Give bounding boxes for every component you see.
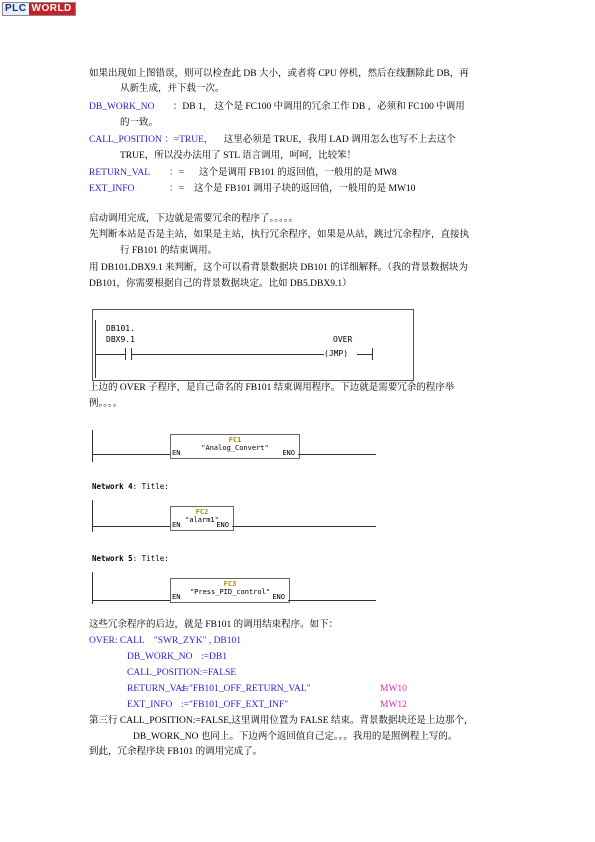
fc3-en: EN — [172, 593, 180, 601]
rung-wire — [95, 354, 125, 355]
rung-wire — [232, 526, 376, 527]
paragraph-6: 启动调用完成，下边就是需要冗余的程序了。。。。。 — [89, 213, 298, 225]
fc1-block: FC1 "Analog_Convert" EN ENO — [170, 434, 300, 459]
power-rail — [92, 500, 93, 532]
call-position-line-2: TRUE，所以没办法用了 STL 语言调用，呵呵，比较笨！ — [120, 150, 356, 162]
db-work-no-line: DB_WORK_NO ：DB 1， 这个是 FC100 中调用的冗余工作 DB … — [89, 101, 465, 113]
fc1-symbol: "Analog_Convert" — [171, 444, 299, 452]
code-line-call-position: CALL_POSITION:=FALSE — [127, 667, 236, 679]
code-db-work-no-key: DB_WORK_NO — [127, 651, 201, 663]
fc1-en: EN — [172, 449, 180, 457]
paragraph-1-line-2: 从新生成，并下载一次。 — [120, 83, 225, 95]
code-ext-info-key: EXT_INFO — [127, 699, 181, 711]
paragraph-12: 到此，冗余程序块 FB101 的调用完成了。 — [89, 746, 262, 758]
code-return-val-val: :="FB101_OFF_RETURN_VAL" — [181, 683, 380, 695]
param-call-position: CALL_POSITION ：=TRUE， — [89, 135, 213, 145]
fc2-eno: ENO — [216, 521, 229, 529]
network-4-title: Network 4: Title: — [92, 482, 169, 491]
rung-wire — [288, 600, 376, 601]
code-line-return-val: RETURN_VAL:="FB101_OFF_RETURN_VAL"MW10 — [127, 683, 407, 695]
code-line-db-work-no: DB_WORK_NO:=DB1 — [127, 651, 227, 663]
logo-plc: PLC — [3, 3, 29, 15]
paragraph-8-line-2: DB101，你需要根据自己的背景数据块定。比如 DB5.DBX9.1） — [89, 278, 352, 290]
return-val-desc: 这个是调用 FB101 的返回值，一般用的是 MW8 — [199, 168, 397, 178]
contact-left-icon — [125, 348, 126, 360]
power-rail — [95, 320, 96, 378]
param-ext-info: EXT_INFO — [89, 183, 169, 195]
db-work-no-line-2: 的一致。 — [120, 117, 158, 129]
rung-wire — [298, 454, 376, 455]
paragraph-11-line-1: 第三行 CALL_POSITION:=FALSE,这里调用位置为 FALSE 结… — [89, 715, 474, 727]
db-work-no-desc: ：DB 1， 这个是 FC100 中调用的冗余工作 DB ，必须和 FC100 … — [173, 102, 465, 112]
fc1-eno: ENO — [282, 449, 295, 457]
fc2-block: FC2 "alarm1" EN ENO — [170, 506, 234, 531]
code-db-work-no-val: :=DB1 — [201, 652, 227, 662]
paragraph-7-line-1: 先判断本站是否是主站，如果是主站，执行冗余程序，如果是从站，跳过冗余程序，直接执 — [89, 229, 469, 241]
jmp-coil-icon: (JMP) — [324, 349, 348, 358]
param-return-val: RETURN_VAL — [89, 167, 169, 179]
param-db-work-no: DB_WORK_NO — [89, 102, 154, 112]
network-4-title-text: : Title: — [133, 482, 169, 491]
rung-wire — [131, 354, 324, 355]
rung-wire — [92, 454, 170, 455]
code-ext-info-val: :="FB101_OFF_EXT_INF" — [181, 699, 380, 711]
fc3-name: FC3 — [171, 580, 289, 588]
ladder-diagram-jmp: DB101. DBX9.1 OVER (JMP) — [92, 309, 414, 381]
fc3-block: FC3 "Press_PID_control" EN ENO — [170, 578, 290, 603]
paragraph-10: 这些冗余程序的后边，就是 FB101 的调用结束程序。如下： — [89, 619, 338, 631]
paragraph-9-line-1: 上边的 OVER 子程序，是自己命名的 FB101 结束调用程序。下边就是需要冗… — [89, 382, 454, 394]
contact-address-2: DBX9.1 — [106, 335, 135, 344]
fc2-en: EN — [172, 521, 180, 529]
ext-info-desc: 这个是 FB101 调用子块的返回值，一般用的是 MW10 — [194, 184, 415, 194]
rung-wire — [92, 600, 170, 601]
rung-end — [372, 348, 373, 360]
rung-wire — [92, 526, 170, 527]
paragraph-1-line-1: 如果出现如上图错误，则可以检查此 DB 大小，或者将 CPU 停机，然后在线删除… — [89, 68, 469, 80]
call-position-line: CALL_POSITION ：=TRUE， 这里必须是 TRUE，我用 LAD … — [89, 134, 456, 146]
code-ext-info-note: MW12 — [380, 700, 407, 710]
network-5-title-text: : Title: — [133, 554, 169, 563]
network-5-title: Network 5: Title: — [92, 554, 169, 563]
paragraph-9-line-2: 例。。。。 — [89, 398, 122, 410]
logo-world: WORLD — [29, 3, 75, 15]
ext-info-sep: ：= — [169, 183, 194, 195]
paragraph-8-line-1: 用 DB101.DBX9.1 来判断，这个可以看背景数据块 DB101 的详细解… — [89, 262, 468, 274]
code-line-ext-info: EXT_INFO:="FB101_OFF_EXT_INF"MW12 — [127, 699, 407, 711]
fc1-name: FC1 — [171, 436, 299, 444]
fc3-eno: ENO — [272, 593, 285, 601]
code-return-val-note: MW10 — [380, 684, 407, 694]
power-rail — [92, 430, 93, 462]
return-val-line: RETURN_VAL：=这个是调用 FB101 的返回值，一般用的是 MW8 — [89, 167, 397, 179]
rung-wire — [357, 354, 372, 355]
paragraph-7-line-2: 行 FB101 的结束调用。 — [120, 245, 217, 257]
code-line-call: OVER: CALL "SWR_ZYK" , DB101 — [89, 635, 241, 647]
plcworld-logo: PLC WORLD — [2, 2, 76, 16]
ext-info-line: EXT_INFO：=这个是 FB101 调用子块的返回值，一般用的是 MW10 — [89, 183, 415, 195]
call-position-desc: 这里必须是 TRUE，我用 LAD 调用怎么也写不上去这个 — [224, 135, 456, 145]
paragraph-11-line-2: DB_WORK_NO 也同上。下边两个返回值自己定。。。我用的是照例程上写的。 — [133, 731, 457, 743]
code-return-val-key: RETURN_VAL — [127, 683, 181, 695]
contact-address-1: DB101. — [106, 324, 135, 333]
fc2-name: FC2 — [171, 508, 233, 516]
network-4-label: Network 4 — [92, 482, 133, 491]
network-5-label: Network 5 — [92, 554, 133, 563]
coil-label: OVER — [333, 335, 352, 344]
return-val-sep: ：= — [169, 167, 199, 179]
fc3-symbol: "Press_PID_control" — [171, 588, 289, 596]
